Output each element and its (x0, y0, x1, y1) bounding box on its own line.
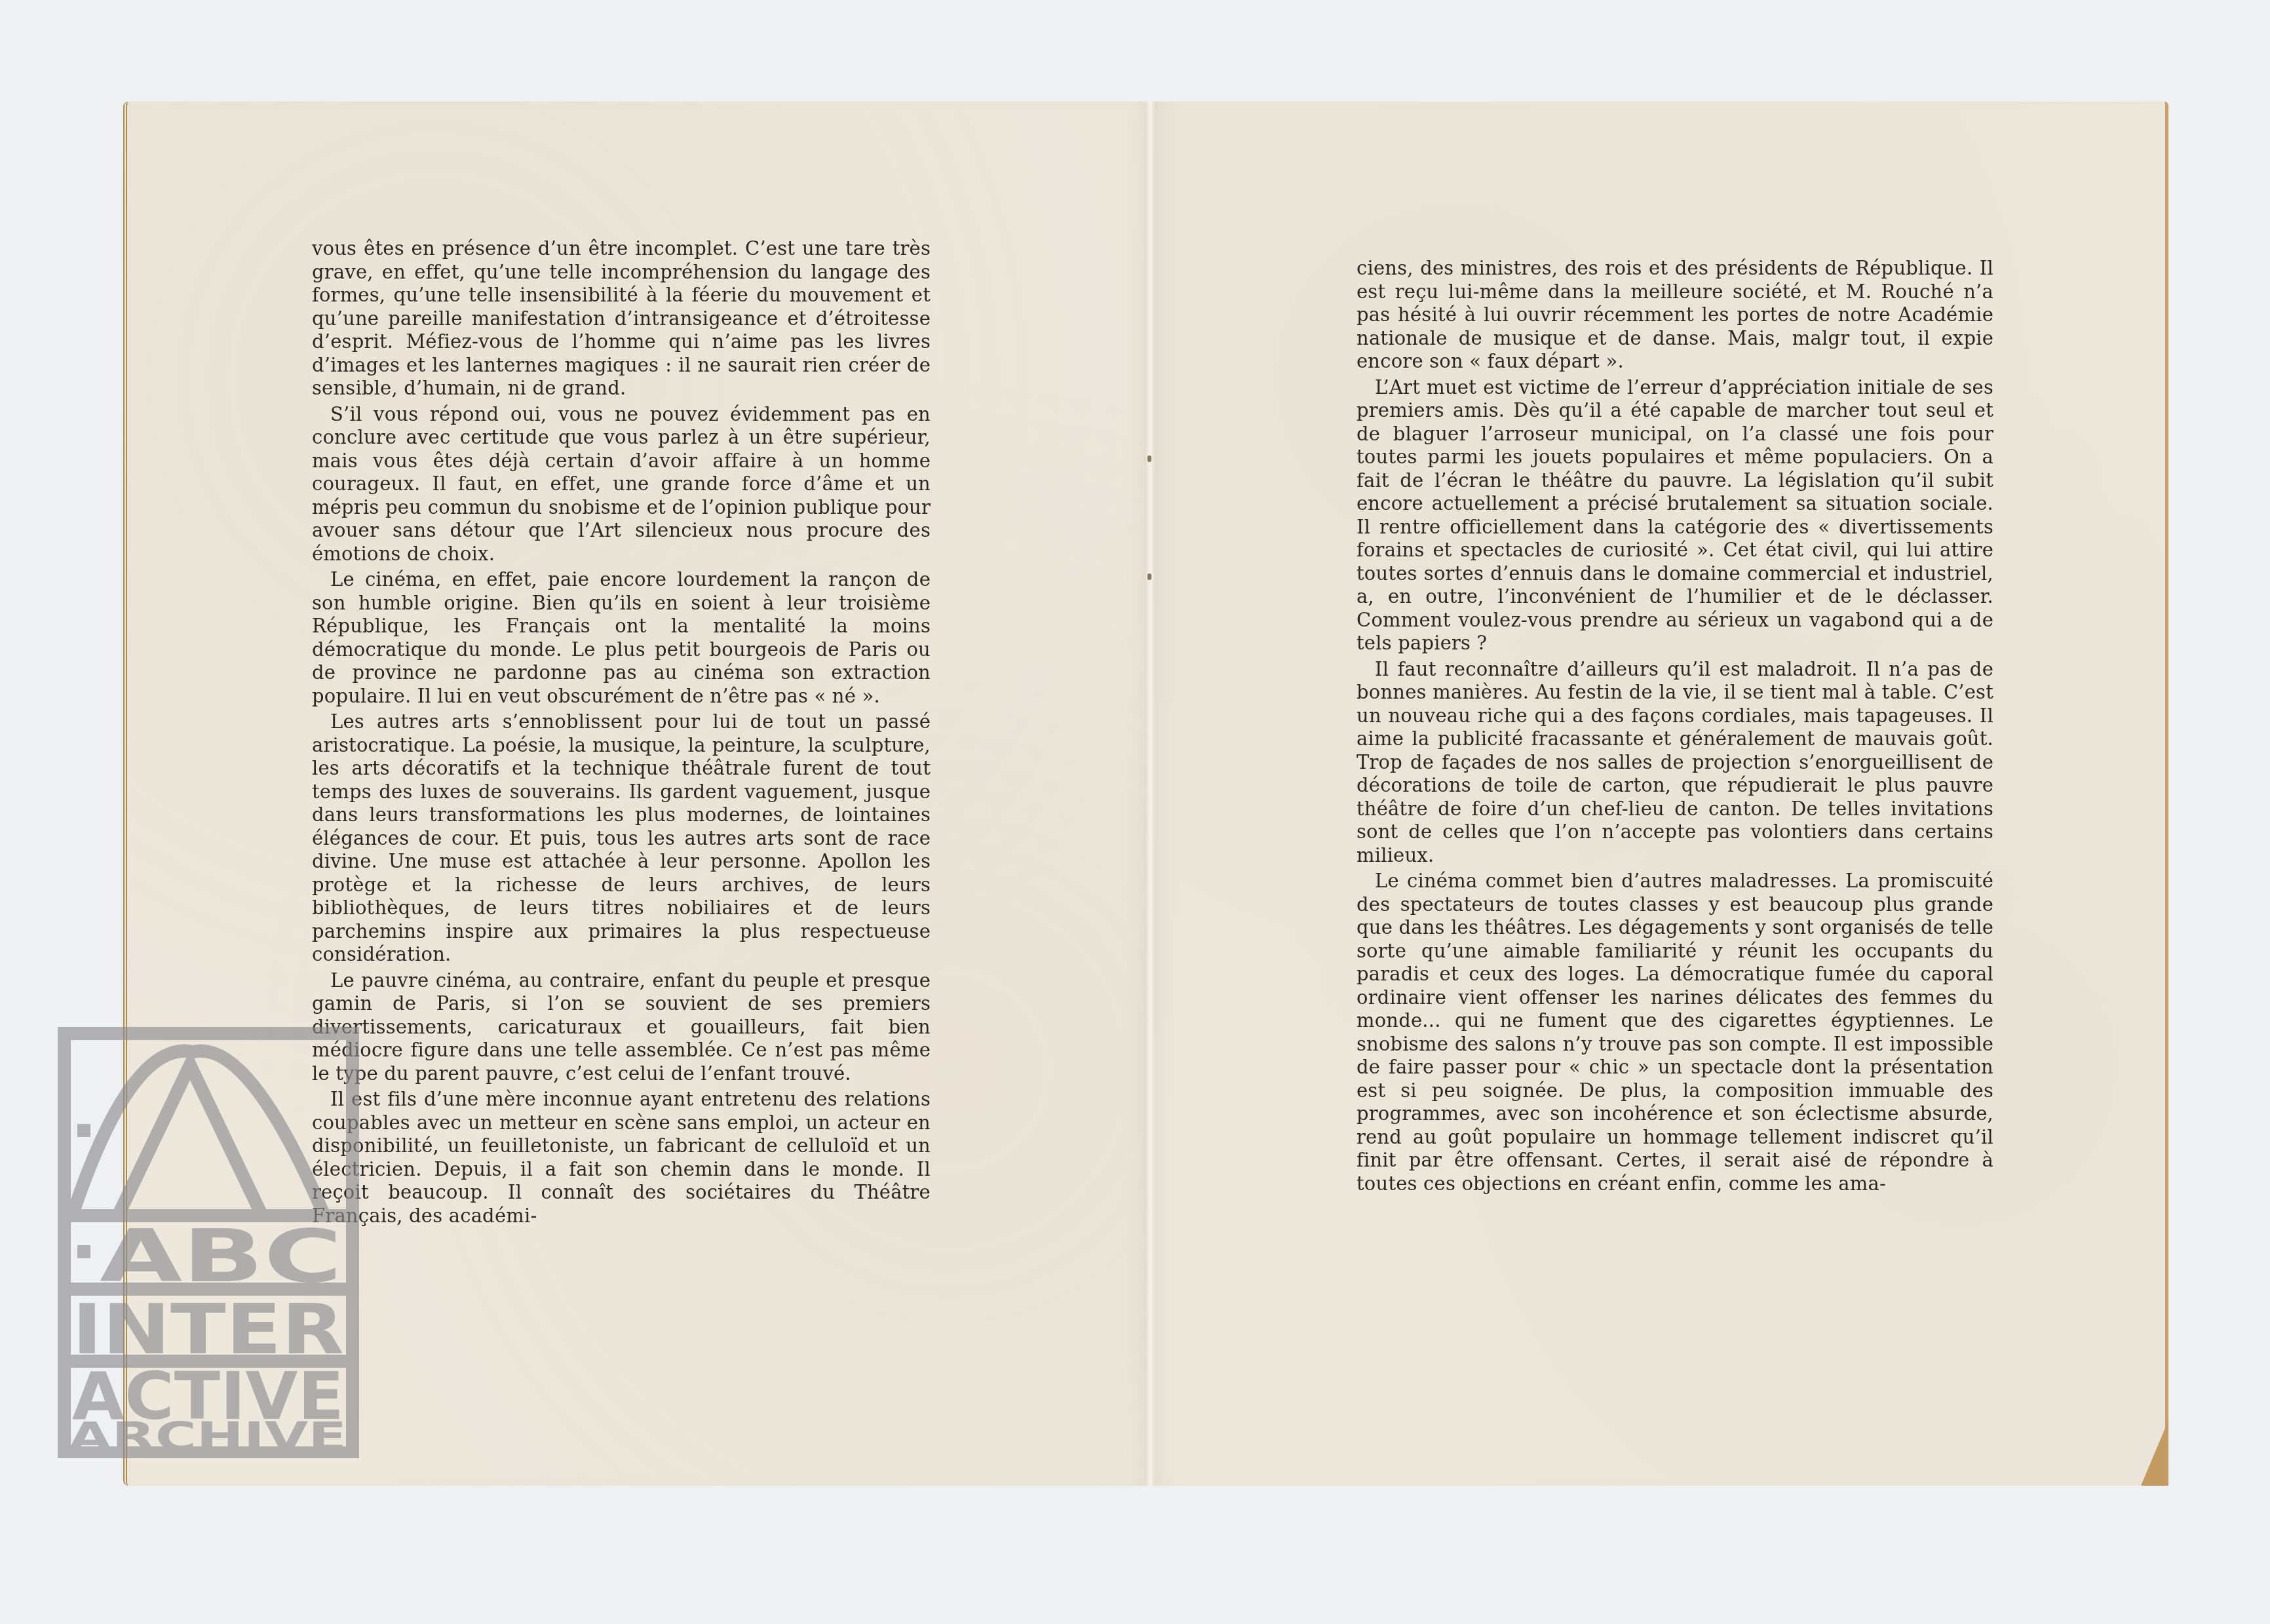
paragraph: Il est fils d’une mère inconnue ayant en… (312, 1088, 931, 1228)
worn-page-corner (2141, 1420, 2168, 1486)
paragraph: S’il vous répond oui, vous ne pouvez évi… (312, 403, 931, 566)
left-page-text: vous êtes en présence d’un être incomple… (312, 237, 931, 1230)
staple-mark (1147, 573, 1151, 580)
paragraph: vous êtes en présence d’un être incomple… (312, 237, 931, 400)
paragraph: Le cinéma commet bien d’autres maladress… (1356, 870, 1993, 1195)
right-page: ciens, des ministres, des rois et des pr… (1150, 102, 2168, 1486)
paragraph: Les autres arts s’ennoblissent pour lui … (312, 710, 931, 967)
left-page: vous êtes en présence d’un être incomple… (123, 102, 1154, 1486)
paragraph: L’Art muet est victime de l’erreur d’app… (1356, 376, 1993, 655)
right-page-text: ciens, des ministres, des rois et des pr… (1356, 257, 1993, 1198)
paragraph: Le pauvre cinéma, au contraire, enfant d… (312, 969, 931, 1086)
paragraph: ciens, des ministres, des rois et des pr… (1356, 257, 1993, 374)
open-booklet: vous êtes en présence d’un être incomple… (123, 102, 2169, 1486)
paragraph: Le cinéma, en effet, paie encore lourdem… (312, 568, 931, 708)
staple-mark (1147, 455, 1151, 462)
paragraph: Il faut reconnaître d’ailleurs qu’il est… (1356, 658, 1993, 868)
booklet-spine (1145, 102, 1155, 1486)
